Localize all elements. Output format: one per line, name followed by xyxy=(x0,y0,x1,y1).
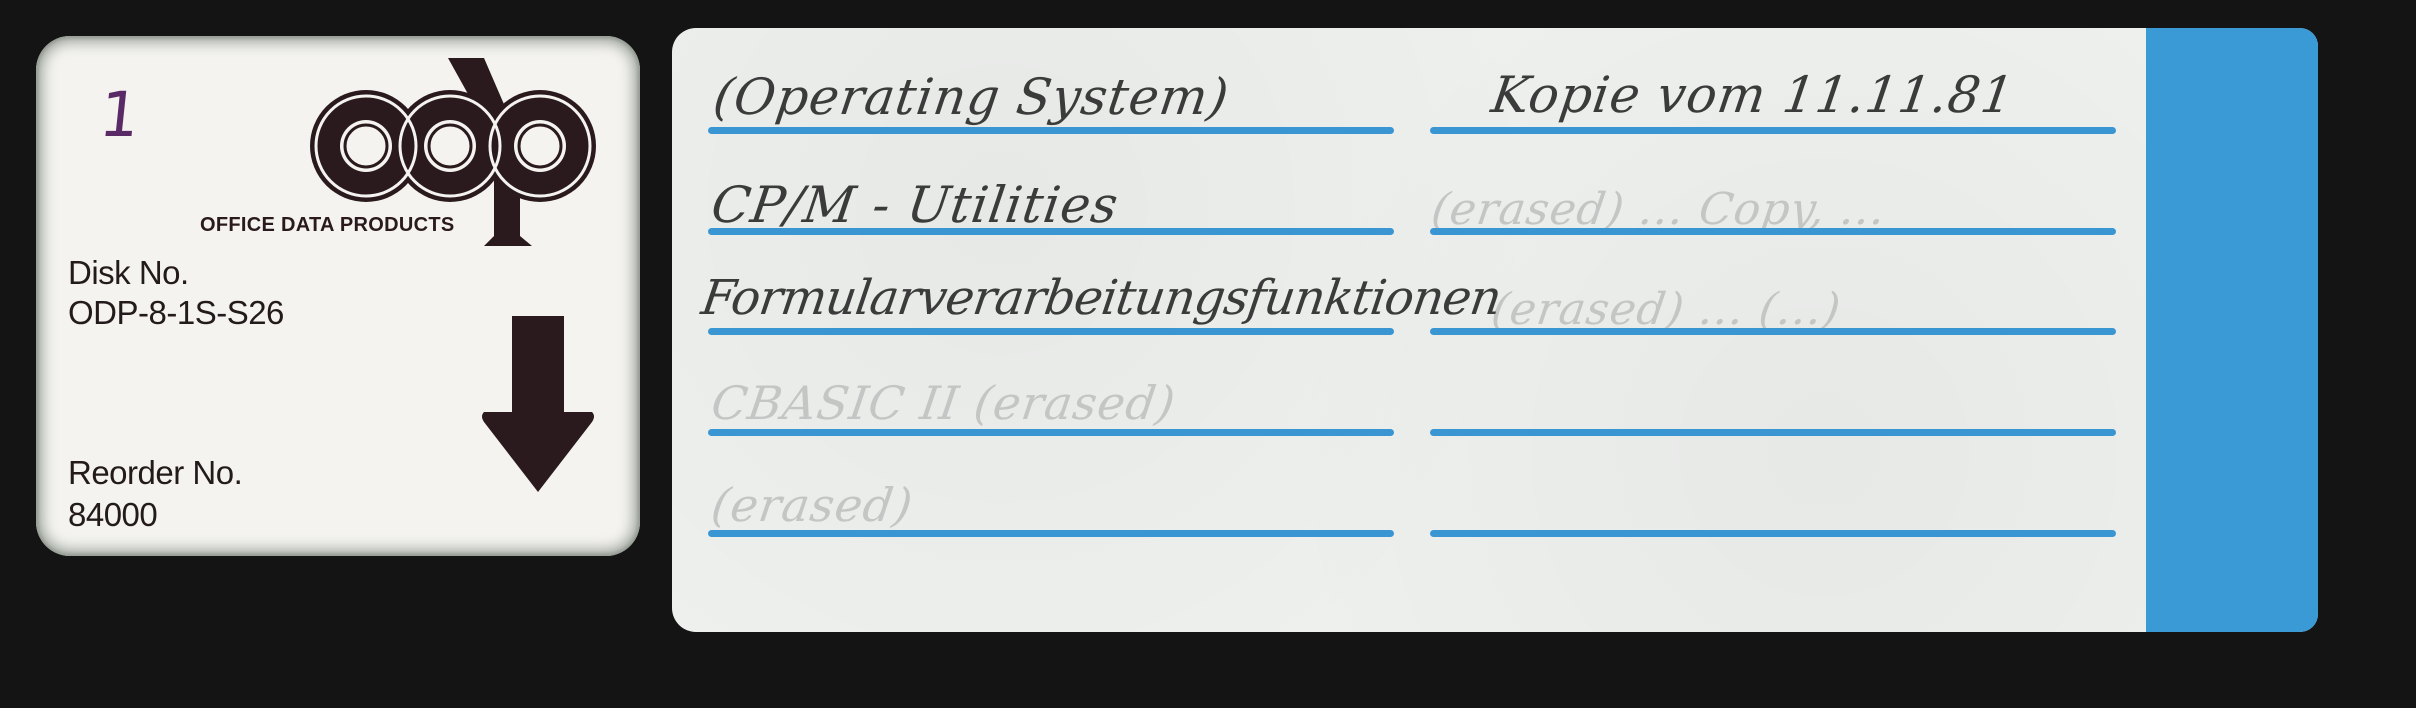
rule-line xyxy=(708,228,1394,235)
rule-line xyxy=(708,429,1394,436)
rule-line xyxy=(1430,328,2116,335)
disk-no-value: ODP-8-1S-S26 xyxy=(68,294,284,332)
odp-disk-label: 1 OFFICE DATA PRODUCTS Disk No. O xyxy=(36,36,640,556)
rule-line xyxy=(1430,228,2116,235)
reorder-no-value: 84000 xyxy=(68,496,157,534)
handwriting-line-2-left: CP/M - Utilities xyxy=(708,176,1122,234)
handwriting-line-1-left: (Operating System) xyxy=(710,68,1233,126)
rule-line xyxy=(708,127,1394,134)
rule-line xyxy=(1430,127,2116,134)
disk-no-label: Disk No. xyxy=(68,254,189,292)
handwriting-line-1-right: Kopie vom 11.11.81 xyxy=(1488,66,2018,124)
handwriting-line-5-left: (erased) xyxy=(708,478,916,532)
handwritten-number: 1 xyxy=(96,78,143,151)
handwriting-line-4-left: CBASIC II (erased) xyxy=(708,376,1179,430)
rule-line xyxy=(1430,530,2116,537)
blue-edge-strip xyxy=(2146,28,2318,632)
rule-line xyxy=(1430,429,2116,436)
write-on-card: (erased) ... Copy, ... (erased) ... (...… xyxy=(672,28,2318,632)
handwriting-line-3-left: Formularverarbeitungsfunktionen xyxy=(698,270,1504,326)
reorder-no-label: Reorder No. xyxy=(68,454,242,492)
company-name: OFFICE DATA PRODUCTS xyxy=(200,214,455,237)
rule-line xyxy=(708,530,1394,537)
down-arrow-icon xyxy=(480,316,596,492)
rule-line xyxy=(708,328,1394,335)
